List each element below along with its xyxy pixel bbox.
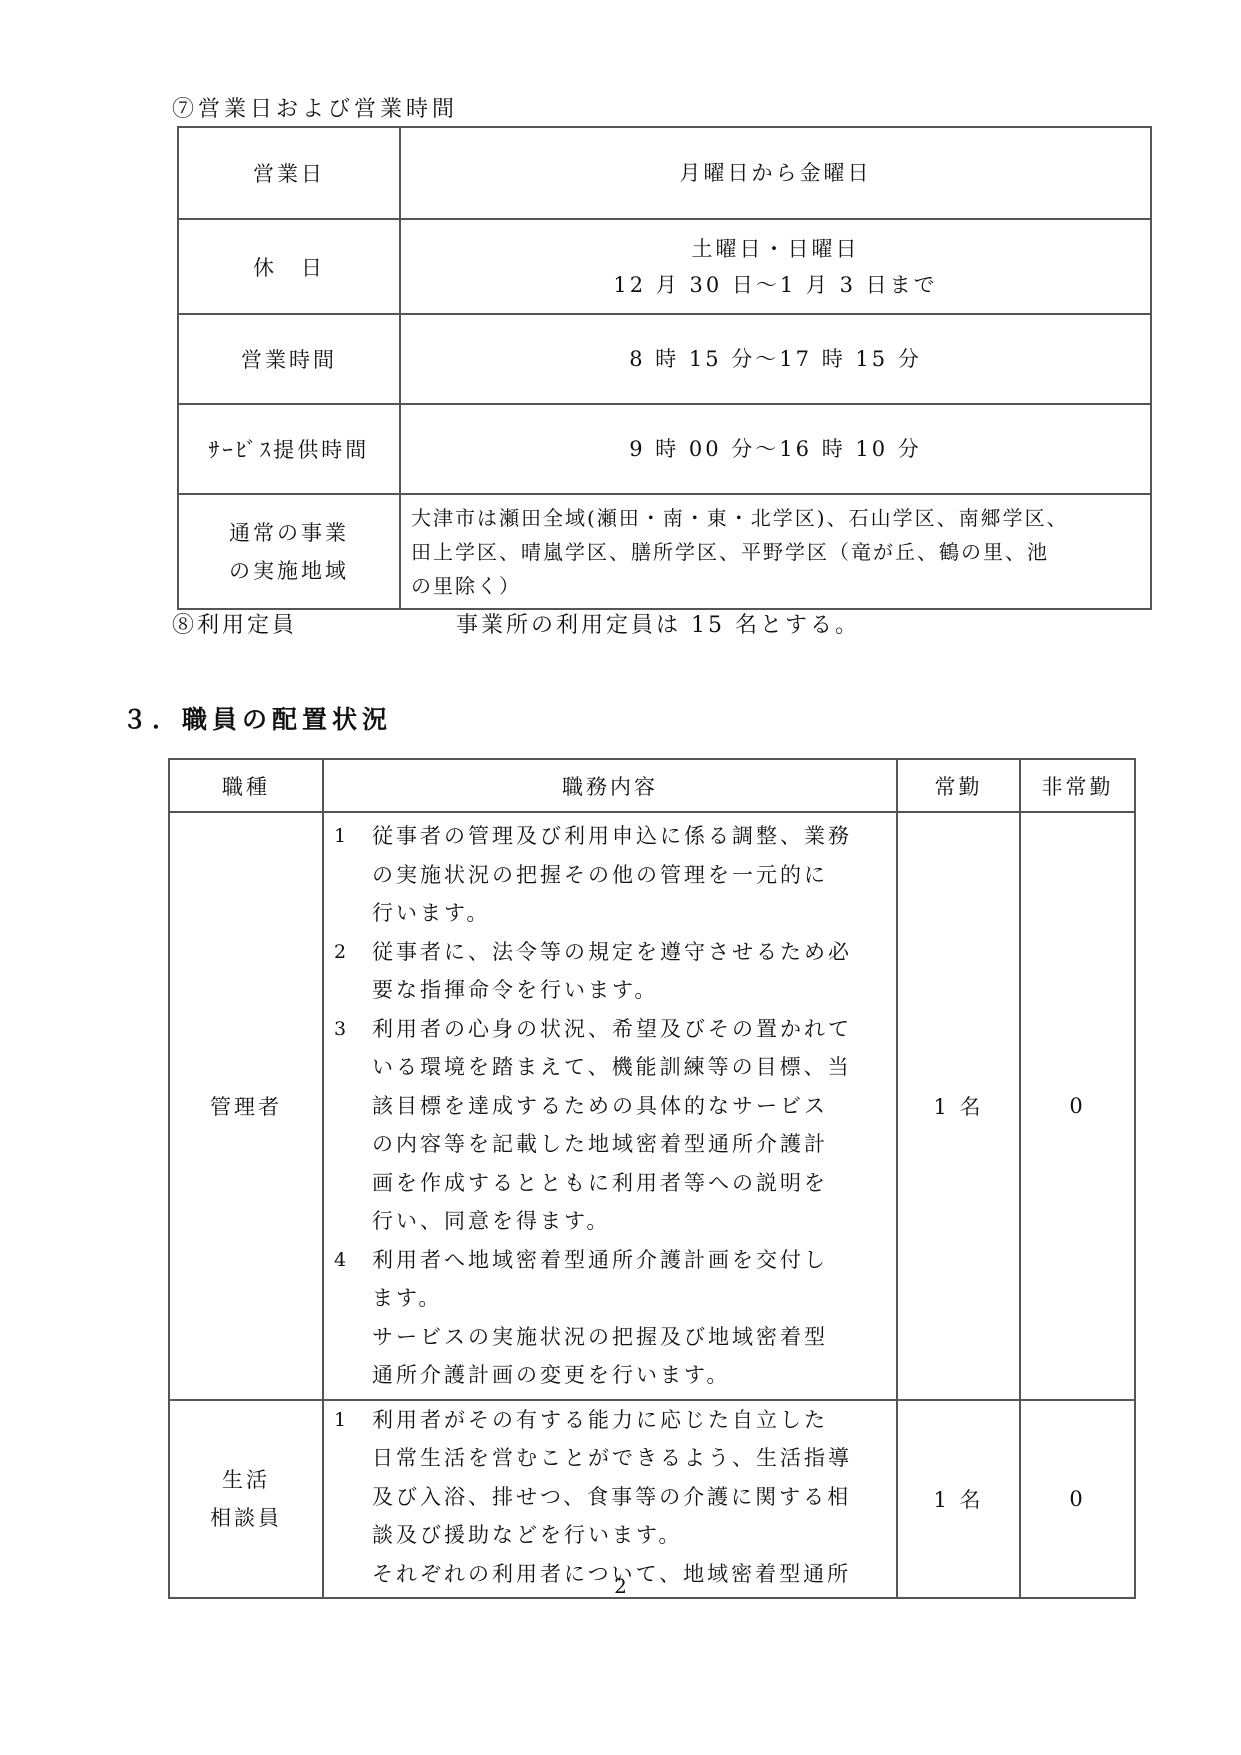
- duty-line: 利用者の心身の状況、希望及びその置かれて: [372, 1010, 888, 1049]
- row-value: 月曜日から金曜日: [400, 127, 1151, 219]
- duties-cell: 1 利用者がその有する能力に応じた自立した 日常生活を営むことができるよう、生活…: [323, 1400, 897, 1599]
- row-label: ｻｰﾋﾞｽ提供時間: [178, 404, 400, 494]
- full-time-count: 1 名: [897, 1400, 1020, 1599]
- duty-number: [334, 1318, 372, 1395]
- value-line: 8 時 15 分～17 時 15 分: [401, 341, 1150, 377]
- row-value: 9 時 00 分～16 時 10 分: [400, 404, 1151, 494]
- duty-line: 行います。: [372, 894, 888, 933]
- duty-line: 談及び援助などを行います。: [372, 1516, 888, 1555]
- row-label: 営業日: [178, 127, 400, 219]
- duty-line: 通所介護計画の変更を行います。: [372, 1356, 888, 1395]
- value-line: の里除く）: [411, 569, 1140, 603]
- duty-line: 行い、同意を得ます。: [372, 1202, 888, 1241]
- row-label: 休 日: [178, 219, 400, 314]
- page-number: 2: [0, 1574, 1241, 1598]
- duty-line: 従事者に、法令等の規定を遵守させるため必: [372, 933, 888, 972]
- duty-item: 1 利用者がその有する能力に応じた自立した 日常生活を営むことができるよう、生活…: [334, 1401, 888, 1555]
- duty-line: 画を作成するとともに利用者等への説明を: [372, 1164, 888, 1203]
- full-time-count: 1 名: [897, 812, 1020, 1400]
- duty-number: 3: [334, 1010, 372, 1241]
- duty-line: 及び入浴、排せつ、食事等の介護に関する相: [372, 1478, 888, 1517]
- part-time-count: 0: [1020, 812, 1135, 1400]
- column-header-full-time: 常勤: [897, 759, 1020, 812]
- duty-text: 利用者へ地域密着型通所介護計画を交付し ます。: [372, 1241, 888, 1318]
- duty-line: 該目標を達成するための具体的なサービス: [372, 1087, 888, 1126]
- duty-line: 日常生活を営むことができるよう、生活指導: [372, 1439, 888, 1478]
- table-header-row: 職種 職務内容 常勤 非常勤: [169, 759, 1135, 812]
- hours-section-heading: ⑦営業日および営業時間: [172, 92, 458, 123]
- table-row-holidays: 休 日 土曜日・日曜日 12 月 30 日～1 月 3 日まで: [178, 219, 1151, 314]
- duty-line: いる環境を踏まえて、機能訓練等の目標、当: [372, 1048, 888, 1087]
- capacity-value: 事業所の利用定員は 15 名とする。: [456, 608, 860, 639]
- duty-item: 2 従事者に、法令等の規定を遵守させるため必 要な指揮命令を行います。: [334, 933, 888, 1010]
- duties-cell: 1 従事者の管理及び利用申込に係る調整、業務 の実施状況の把握その他の管理を一元…: [323, 812, 897, 1400]
- column-header-part-time: 非常勤: [1020, 759, 1135, 812]
- duty-number: 1: [334, 817, 372, 933]
- duty-text: 従事者に、法令等の規定を遵守させるため必 要な指揮命令を行います。: [372, 933, 888, 1010]
- capacity-label: ⑧利用定員: [172, 613, 297, 638]
- duty-item: サービスの実施状況の把握及び地域密着型 通所介護計画の変更を行います。: [334, 1318, 888, 1395]
- label-line: の実施地域: [179, 552, 399, 590]
- value-line: 大津市は瀬田全域(瀬田・南・東・北学区)、石山学区、南郷学区、: [411, 501, 1140, 535]
- duty-line: ます。: [372, 1279, 888, 1318]
- duty-number: 4: [334, 1241, 372, 1318]
- role-cell: 生活 相談員: [169, 1400, 323, 1599]
- table-row-business-hours: 営業時間 8 時 15 分～17 時 15 分: [178, 314, 1151, 404]
- duty-line: サービスの実施状況の把握及び地域密着型: [372, 1318, 888, 1357]
- value-line: 月曜日から金曜日: [401, 155, 1150, 191]
- table-row-service-area: 通常の事業 の実施地域 大津市は瀬田全域(瀬田・南・東・北学区)、石山学区、南郷…: [178, 494, 1151, 609]
- column-header-role: 職種: [169, 759, 323, 812]
- table-row-service-hours: ｻｰﾋﾞｽ提供時間 9 時 00 分～16 時 10 分: [178, 404, 1151, 494]
- role-line: 相談員: [170, 1499, 322, 1537]
- business-hours-table: 営業日 月曜日から金曜日 休 日 土曜日・日曜日 12 月 30 日～1 月 3…: [177, 126, 1152, 610]
- duty-line: 要な指揮命令を行います。: [372, 971, 888, 1010]
- value-line: 9 時 00 分～16 時 10 分: [401, 431, 1150, 467]
- label-line: 通常の事業: [179, 514, 399, 552]
- duty-number: 2: [334, 933, 372, 1010]
- row-value: 大津市は瀬田全域(瀬田・南・東・北学区)、石山学区、南郷学区、 田上学区、晴嵐学…: [400, 494, 1151, 609]
- table-row-manager: 管理者 1 従事者の管理及び利用申込に係る調整、業務 の実施状況の把握その他の管…: [169, 812, 1135, 1400]
- duty-text: 従事者の管理及び利用申込に係る調整、業務 の実施状況の把握その他の管理を一元的に…: [372, 817, 888, 933]
- duty-text: サービスの実施状況の把握及び地域密着型 通所介護計画の変更を行います。: [372, 1318, 888, 1395]
- row-label: 通常の事業 の実施地域: [178, 494, 400, 609]
- row-value: 8 時 15 分～17 時 15 分: [400, 314, 1151, 404]
- duty-text: 利用者の心身の状況、希望及びその置かれて いる環境を踏まえて、機能訓練等の目標、…: [372, 1010, 888, 1241]
- row-value: 土曜日・日曜日 12 月 30 日～1 月 3 日まで: [400, 219, 1151, 314]
- role-cell: 管理者: [169, 812, 323, 1400]
- table-row-business-days: 営業日 月曜日から金曜日: [178, 127, 1151, 219]
- duty-line: 従事者の管理及び利用申込に係る調整、業務: [372, 817, 888, 856]
- row-label: 営業時間: [178, 314, 400, 404]
- duty-line: 利用者へ地域密着型通所介護計画を交付し: [372, 1241, 888, 1280]
- staff-section-heading: ３．職員の配置状況: [122, 700, 392, 736]
- duty-item: 1 従事者の管理及び利用申込に係る調整、業務 の実施状況の把握その他の管理を一元…: [334, 817, 888, 933]
- duty-line: 利用者がその有する能力に応じた自立した: [372, 1401, 888, 1440]
- part-time-count: 0: [1020, 1400, 1135, 1599]
- column-header-duties: 職務内容: [323, 759, 897, 812]
- duty-line: の実施状況の把握その他の管理を一元的に: [372, 856, 888, 895]
- duty-line: の内容等を記載した地域密着型通所介護計: [372, 1125, 888, 1164]
- table-row-life-counselor: 生活 相談員 1 利用者がその有する能力に応じた自立した 日常生活を営むことがで…: [169, 1400, 1135, 1599]
- capacity-line: ⑧利用定員 事業所の利用定員は 15 名とする。: [172, 608, 297, 639]
- role-line: 生活: [170, 1461, 322, 1499]
- duty-item: 4 利用者へ地域密着型通所介護計画を交付し ます。: [334, 1241, 888, 1318]
- duty-item: 3 利用者の心身の状況、希望及びその置かれて いる環境を踏まえて、機能訓練等の目…: [334, 1010, 888, 1241]
- value-line: 田上学区、晴嵐学区、膳所学区、平野学区（竜が丘、鶴の里、池: [411, 535, 1140, 569]
- value-line: 12 月 30 日～1 月 3 日まで: [401, 267, 1150, 303]
- value-line: 土曜日・日曜日: [401, 231, 1150, 267]
- duty-text: 利用者がその有する能力に応じた自立した 日常生活を営むことができるよう、生活指導…: [372, 1401, 888, 1555]
- duty-number: 1: [334, 1401, 372, 1555]
- staff-table: 職種 職務内容 常勤 非常勤 管理者 1 従事者の管理及び利用申込に係る調整、業…: [168, 758, 1136, 1599]
